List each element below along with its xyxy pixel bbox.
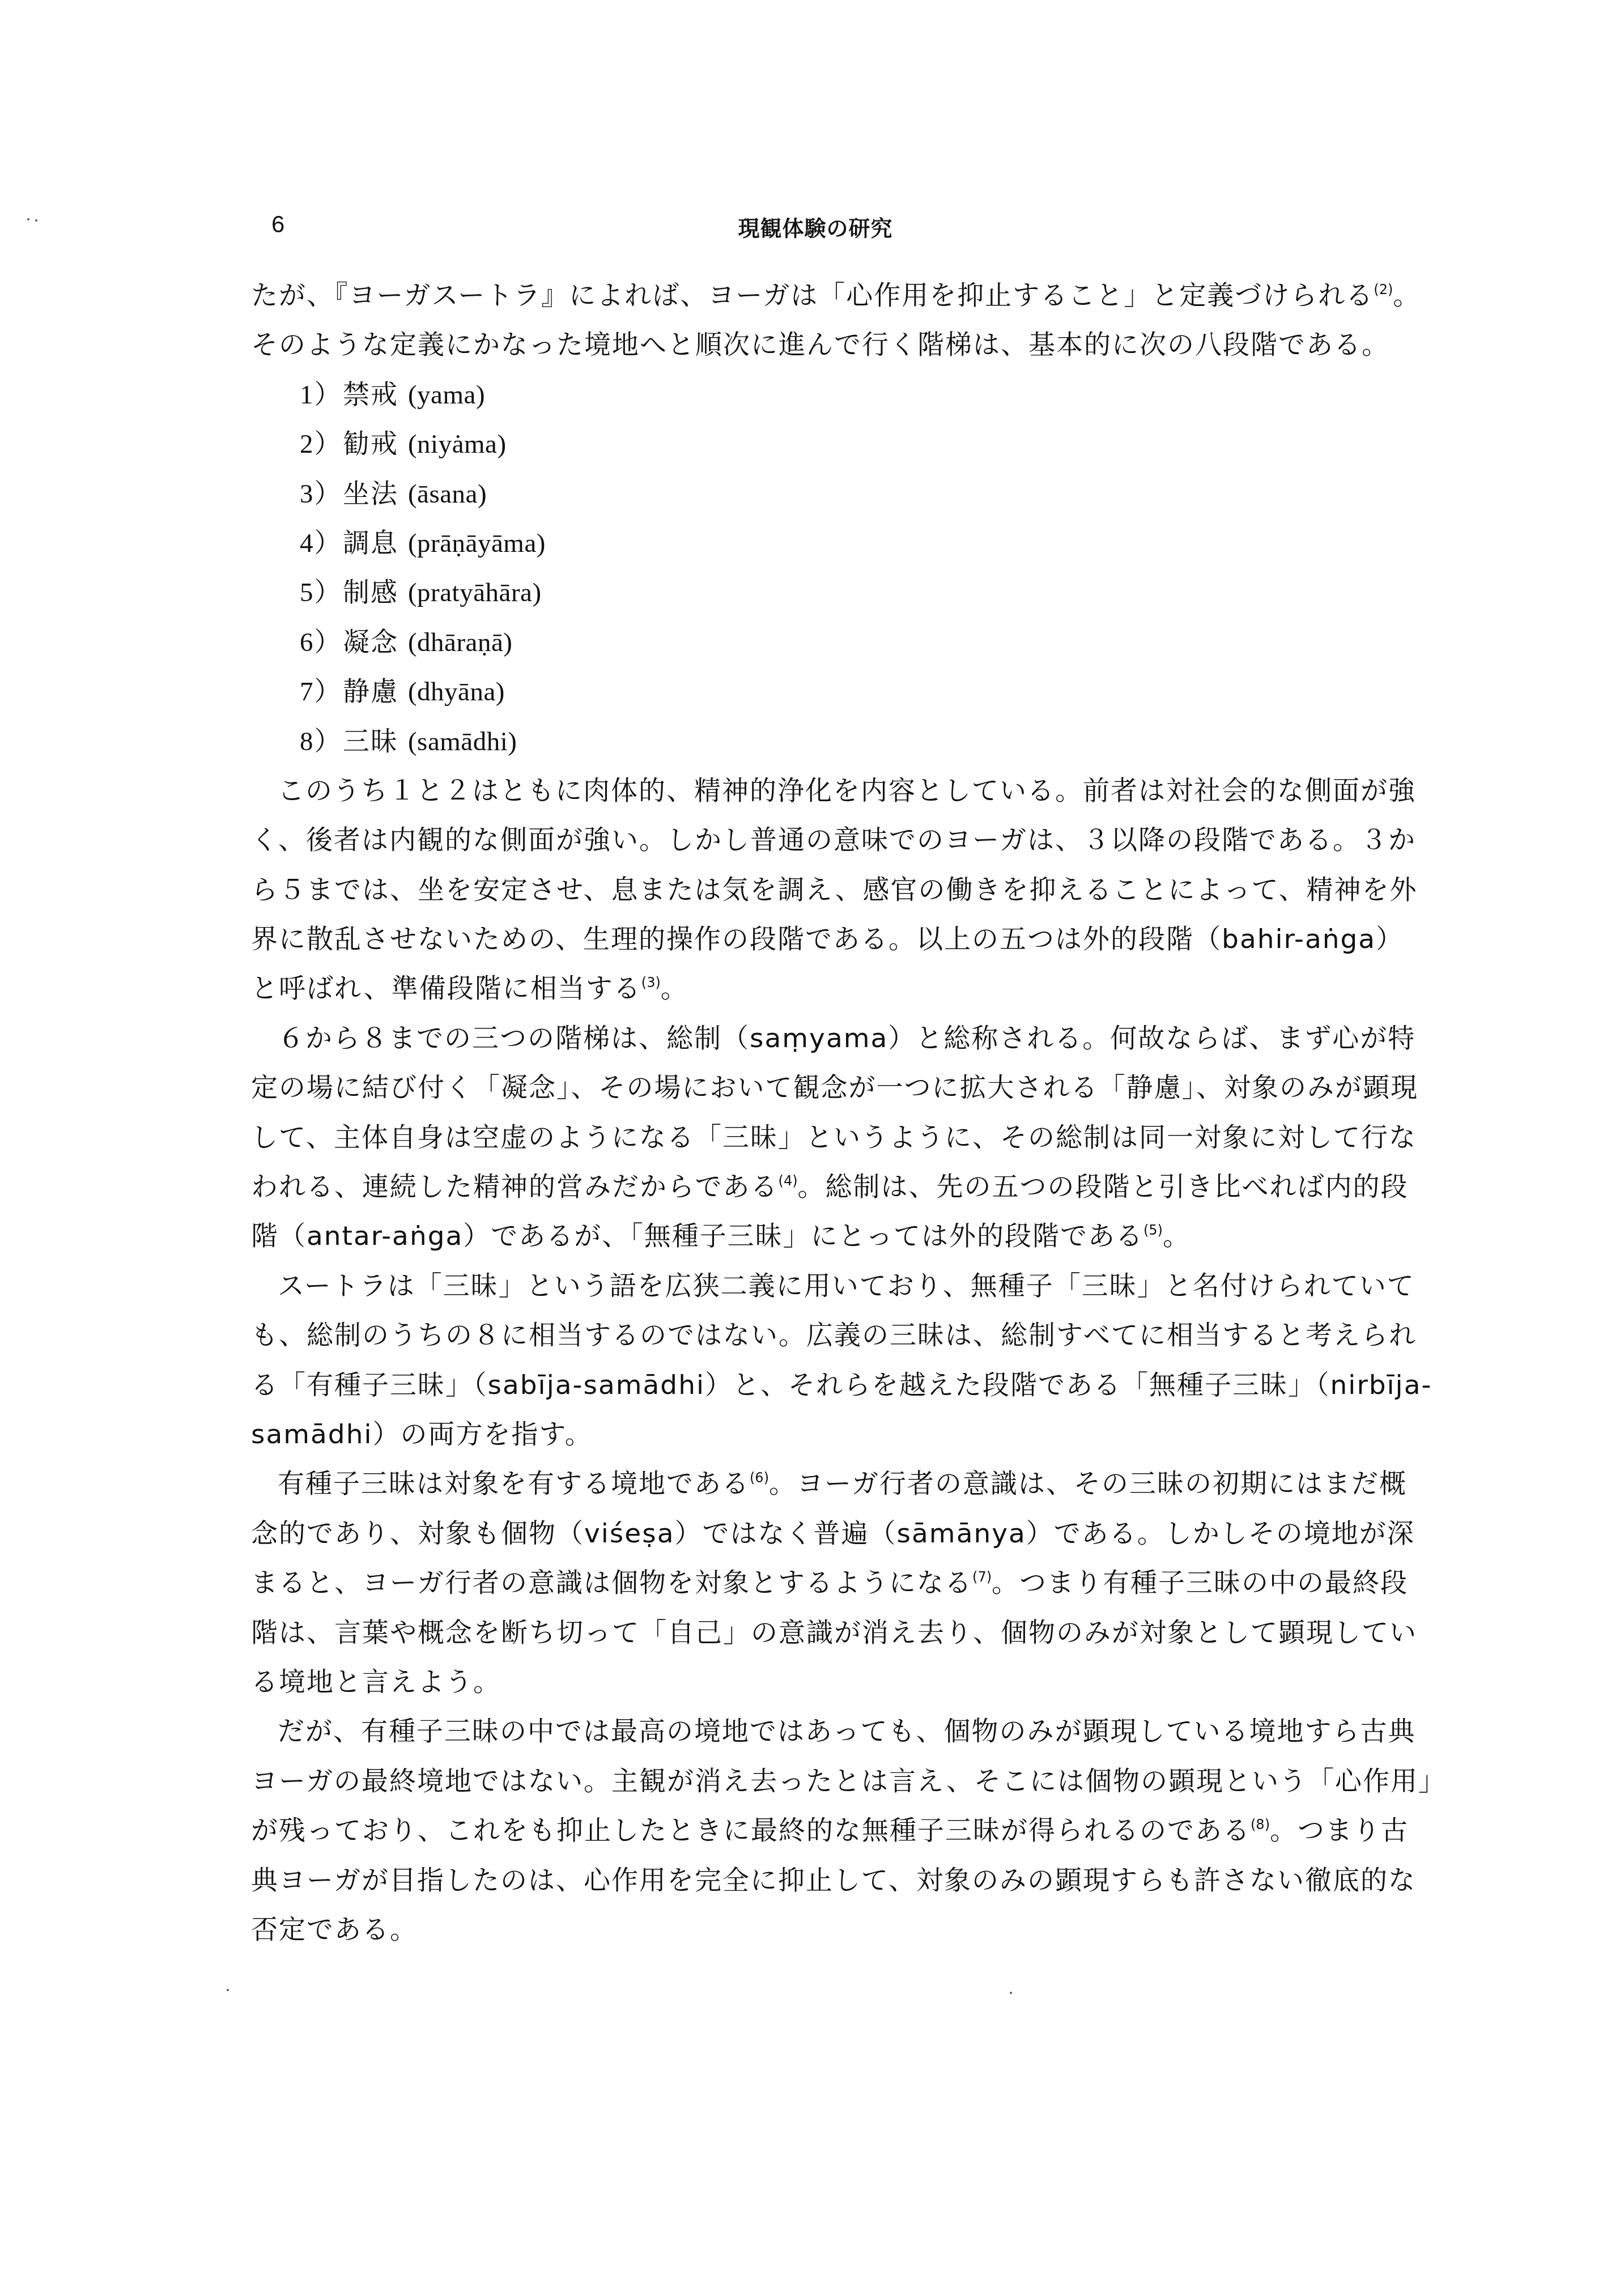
line-text: このうち１と２はともに肉体的、精神的浄化を内容としている。前者は対社会的な側面が… [278, 775, 1416, 806]
list-item: 5）制感 (pratyāhāra) [251, 568, 1384, 617]
limb-sanskrit: (pratyāhāra) [408, 578, 542, 607]
list-number: 3） [300, 470, 343, 519]
footnote-ref: (4) [779, 1173, 798, 1189]
text-line: ヨーガの最終境地ではない。主観が消え去ったとは言え、そこには個物の顕現という「心… [251, 1757, 1384, 1806]
limb-sanskrit: (niyȧma) [408, 430, 507, 459]
list-number: 2） [300, 420, 343, 469]
line-text: も、総制のうちの８に相当するのではない。広義の三昧は、総制すべてに相当すると考え… [251, 1320, 1417, 1351]
footnote-ref: (3) [641, 975, 661, 990]
text-line: る「有種子三昧」（sabīja-samādhi）と、それらを越えた段階である「無… [251, 1360, 1384, 1410]
paragraph: このうち１と２はともに肉体的、精神的浄化を内容としている。前者は対社会的な側面が… [251, 766, 1384, 1014]
limb-sanskrit: (āsana) [408, 479, 487, 509]
line-text: 念的であり、対象も個物（viśeṣa）ではなく普遍（sāmānya）である。しか… [251, 1518, 1415, 1549]
limb-term: 凝念 [343, 627, 398, 658]
list-item: 4）調息 (prāṇāyāma) [251, 518, 1384, 568]
text-line: われる、連続した精神的営みだからである(4)。総制は、先の五つの段階と引き比べれ… [251, 1162, 1384, 1211]
text-line: 界に散乱させないための、生理的操作の段階である。以上の五つは外的段階（bahir… [251, 915, 1384, 964]
line-text: 典ヨーガが目指したのは、心作用を完全に抑止して、対象のみの顕現すらも許さない徹底… [251, 1865, 1416, 1896]
text-line: スートラは「三昧」という語を広狭二義に用いており、無種子「三昧」と名付けられてい… [251, 1261, 1384, 1311]
line-tail: 。 [1393, 280, 1421, 311]
limb-sanskrit: (dhyāna) [408, 677, 505, 707]
text-line: も、総制のうちの８に相当するのではない。広義の三昧は、総制すべてに相当すると考え… [251, 1311, 1384, 1360]
line-text: く、後者は内観的な側面が強い。しかし普通の意味でのヨーガは、３以降の段階である。… [251, 824, 1416, 856]
line-tail: 。 [661, 973, 688, 1004]
line-text: して、主体自身は空虚のようになる「三昧」というように、その総制は同一対象に対して… [251, 1122, 1417, 1153]
line-tail: 。総制は、先の五つの段階と引き比べれば内的段 [798, 1171, 1409, 1202]
text-line: 定の場に結び付く「凝念」、その場において観念が一つに拡大される「静慮」、対象のみ… [251, 1063, 1384, 1112]
text-line: が残っており、これをも抑止したときに最終的な無種子三昧が得られるのである(8)。… [251, 1806, 1384, 1855]
limb-term: 三昧 [343, 726, 398, 757]
line-text: が残っており、これをも抑止したときに最終的な無種子三昧が得られるのである [251, 1815, 1251, 1846]
footnote-ref: (8) [1251, 1817, 1270, 1832]
limb-sanskrit: (yama) [408, 380, 485, 410]
line-text: たが、『ヨーガスートラ』によれば、ヨーガは「心作用を抑止すること」と定義づけられ… [251, 280, 1374, 311]
list-item: 7）静慮 (dhyāna) [251, 667, 1384, 716]
scan-speck [27, 218, 29, 220]
text-line: る境地と言えよう。 [251, 1657, 1384, 1707]
text-line: 典ヨーガが目指したのは、心作用を完全に抑止して、対象のみの顕現すらも許さない徹底… [251, 1856, 1384, 1905]
list-item: 2）勧戒 (niyȧma) [251, 419, 1384, 469]
line-text: 否定である。 [251, 1914, 418, 1945]
line-text: ６から８までの三つの階梯は、総制（saṃyama）と総称される。何故ならば、まず… [278, 1023, 1415, 1054]
footnote-ref: (5) [1143, 1222, 1163, 1238]
list-item: 3）坐法 (āsana) [251, 469, 1384, 518]
eight-limbs-list: 1）禁戒 (yama) 2）勧戒 (niyȧma) 3）坐法 (āsana) 4… [251, 370, 1384, 766]
text-line: 有種子三昧は対象を有する境地である(6)。ヨーガ行者の意識は、その三昧の初期には… [251, 1459, 1384, 1508]
text-line: このうち１と２はともに肉体的、精神的浄化を内容としている。前者は対社会的な側面が… [251, 766, 1384, 815]
paragraph: スートラは「三昧」という語を広狭二義に用いており、無種子「三昧」と名付けられてい… [251, 1261, 1384, 1460]
list-number: 7） [300, 667, 343, 717]
text-line: して、主体自身は空虚のようになる「三昧」というように、その総制は同一対象に対して… [251, 1113, 1384, 1162]
list-item: 1）禁戒 (yama) [251, 370, 1384, 419]
text-line: 否定である。 [251, 1905, 1384, 1954]
page-header-title: 現観体験の研究 [251, 211, 1380, 242]
document-page: 6 現観体験の研究 たが、『ヨーガスートラ』によれば、ヨーガは「心作用を抑止する… [0, 0, 1624, 2296]
footnote-ref: (2) [1374, 282, 1393, 297]
list-number: 6） [300, 618, 343, 667]
text-line: 念的であり、対象も個物（viśeṣa）ではなく普遍（sāmānya）である。しか… [251, 1509, 1384, 1558]
scan-speck [1010, 1992, 1012, 1994]
line-tail: 。 [1163, 1221, 1191, 1252]
line-text: だが、有種子三昧の中では最高の境地ではあっても、個物のみが顕現している境地すら古… [278, 1716, 1416, 1747]
line-text: 有種子三昧は対象を有する境地である [278, 1468, 750, 1499]
limb-term: 制感 [343, 577, 398, 608]
list-number: 8） [300, 717, 343, 767]
line-tail: 。つまり有種子三昧の中の最終段 [992, 1567, 1408, 1598]
body-text: たが、『ヨーガスートラ』によれば、ヨーガは「心作用を抑止すること」と定義づけられ… [251, 271, 1384, 1954]
limb-term: 勧戒 [343, 428, 398, 460]
scan-speck [35, 219, 37, 222]
paragraph: 有種子三昧は対象を有する境地である(6)。ヨーガ行者の意識は、その三昧の初期には… [251, 1459, 1384, 1707]
text-line: ６から８までの三つの階梯は、総制（saṃyama）と総称される。何故ならば、まず… [251, 1014, 1384, 1063]
scan-speck [227, 1989, 229, 1991]
line-tail: 。ヨーガ行者の意識は、その三昧の初期にはまだ概 [769, 1468, 1407, 1499]
text-line: まると、ヨーガ行者の意識は個物を対象とするようになる(7)。つまり有種子三昧の中… [251, 1558, 1384, 1608]
limb-sanskrit: (dhāraṇā) [408, 628, 513, 657]
limb-term: 静慮 [343, 676, 398, 707]
list-item: 6）凝念 (dhāraṇā) [251, 618, 1384, 667]
line-tail: 。つまり古 [1270, 1815, 1409, 1846]
line-text: る「有種子三昧」（sabīja-samādhi）と、それらを越えた段階である「無… [251, 1370, 1432, 1401]
line-text: 階は、言葉や概念を断ち切って「自己」の意識が消え去り、個物のみが対象として顕現し… [251, 1617, 1417, 1648]
line-text: そのような定義にかなった境地へと順次に進んで行く階梯は、基本的に次の八段階である… [251, 329, 1389, 360]
running-header: 6 現観体験の研究 [251, 211, 1380, 245]
text-line: く、後者は内観的な側面が強い。しかし普通の意味でのヨーガは、３以降の段階である。… [251, 815, 1384, 865]
limb-sanskrit: (prāṇāyāma) [408, 529, 546, 558]
paragraph: ６から８までの三つの階梯は、総制（saṃyama）と総称される。何故ならば、まず… [251, 1014, 1384, 1261]
text-line: ら５までは、坐を安定させ、息または気を調え、感官の働きを抑えることによって、精神… [251, 865, 1384, 915]
line-text: samādhi）の両方を指す。 [251, 1419, 593, 1450]
text-line: 階（antar-aṅga）であるが、「無種子三昧」にとっては外的段階である(5)… [251, 1211, 1384, 1261]
line-text: 定の場に結び付く「凝念」、その場において観念が一つに拡大される「静慮」、対象のみ… [251, 1072, 1418, 1103]
line-text: 界に散乱させないための、生理的操作の段階である。以上の五つは外的段階（bahir… [251, 924, 1404, 955]
text-line: だが、有種子三昧の中では最高の境地ではあっても、個物のみが顕現している境地すら古… [251, 1707, 1384, 1756]
footnote-ref: (6) [750, 1470, 769, 1486]
line-text: まると、ヨーガ行者の意識は個物を対象とするようになる [251, 1567, 972, 1598]
text-line: たが、『ヨーガスートラ』によれば、ヨーガは「心作用を抑止すること」と定義づけられ… [251, 271, 1384, 320]
limb-term: 禁戒 [343, 379, 398, 410]
line-text: ら５までは、坐を安定させ、息または気を調え、感官の働きを抑えることによって、精神… [251, 874, 1417, 905]
limb-term: 坐法 [343, 478, 398, 509]
list-number: 5） [300, 568, 343, 618]
line-text: スートラは「三昧」という語を広狭二義に用いており、無種子「三昧」と名付けられてい… [278, 1270, 1415, 1302]
line-text: と呼ばれ、準備段階に相当する [251, 973, 641, 1004]
text-line: そのような定義にかなった境地へと順次に進んで行く階梯は、基本的に次の八段階である… [251, 320, 1384, 369]
line-text: ヨーガの最終境地ではない。主観が消え去ったとは言え、そこには個物の顕現という「心… [251, 1766, 1446, 1797]
list-number: 1） [300, 371, 343, 420]
footnote-ref: (7) [972, 1569, 992, 1585]
text-line: と呼ばれ、準備段階に相当する(3)。 [251, 964, 1384, 1013]
text-line: samādhi）の両方を指す。 [251, 1410, 1384, 1459]
paragraph: だが、有種子三昧の中では最高の境地ではあっても、個物のみが顕現している境地すら古… [251, 1707, 1384, 1954]
line-text: る境地と言えよう。 [251, 1666, 501, 1698]
limb-term: 調息 [343, 528, 398, 559]
line-text: 階（antar-aṅga）であるが、「無種子三昧」にとっては外的段階である [251, 1221, 1143, 1252]
text-line: 階は、言葉や概念を断ち切って「自己」の意識が消え去り、個物のみが対象として顕現し… [251, 1608, 1384, 1657]
line-text: われる、連続した精神的営みだからである [251, 1171, 779, 1202]
list-number: 4） [300, 519, 343, 568]
list-item: 8）三昧 (samādhi) [251, 717, 1384, 766]
limb-sanskrit: (samādhi) [408, 727, 517, 756]
